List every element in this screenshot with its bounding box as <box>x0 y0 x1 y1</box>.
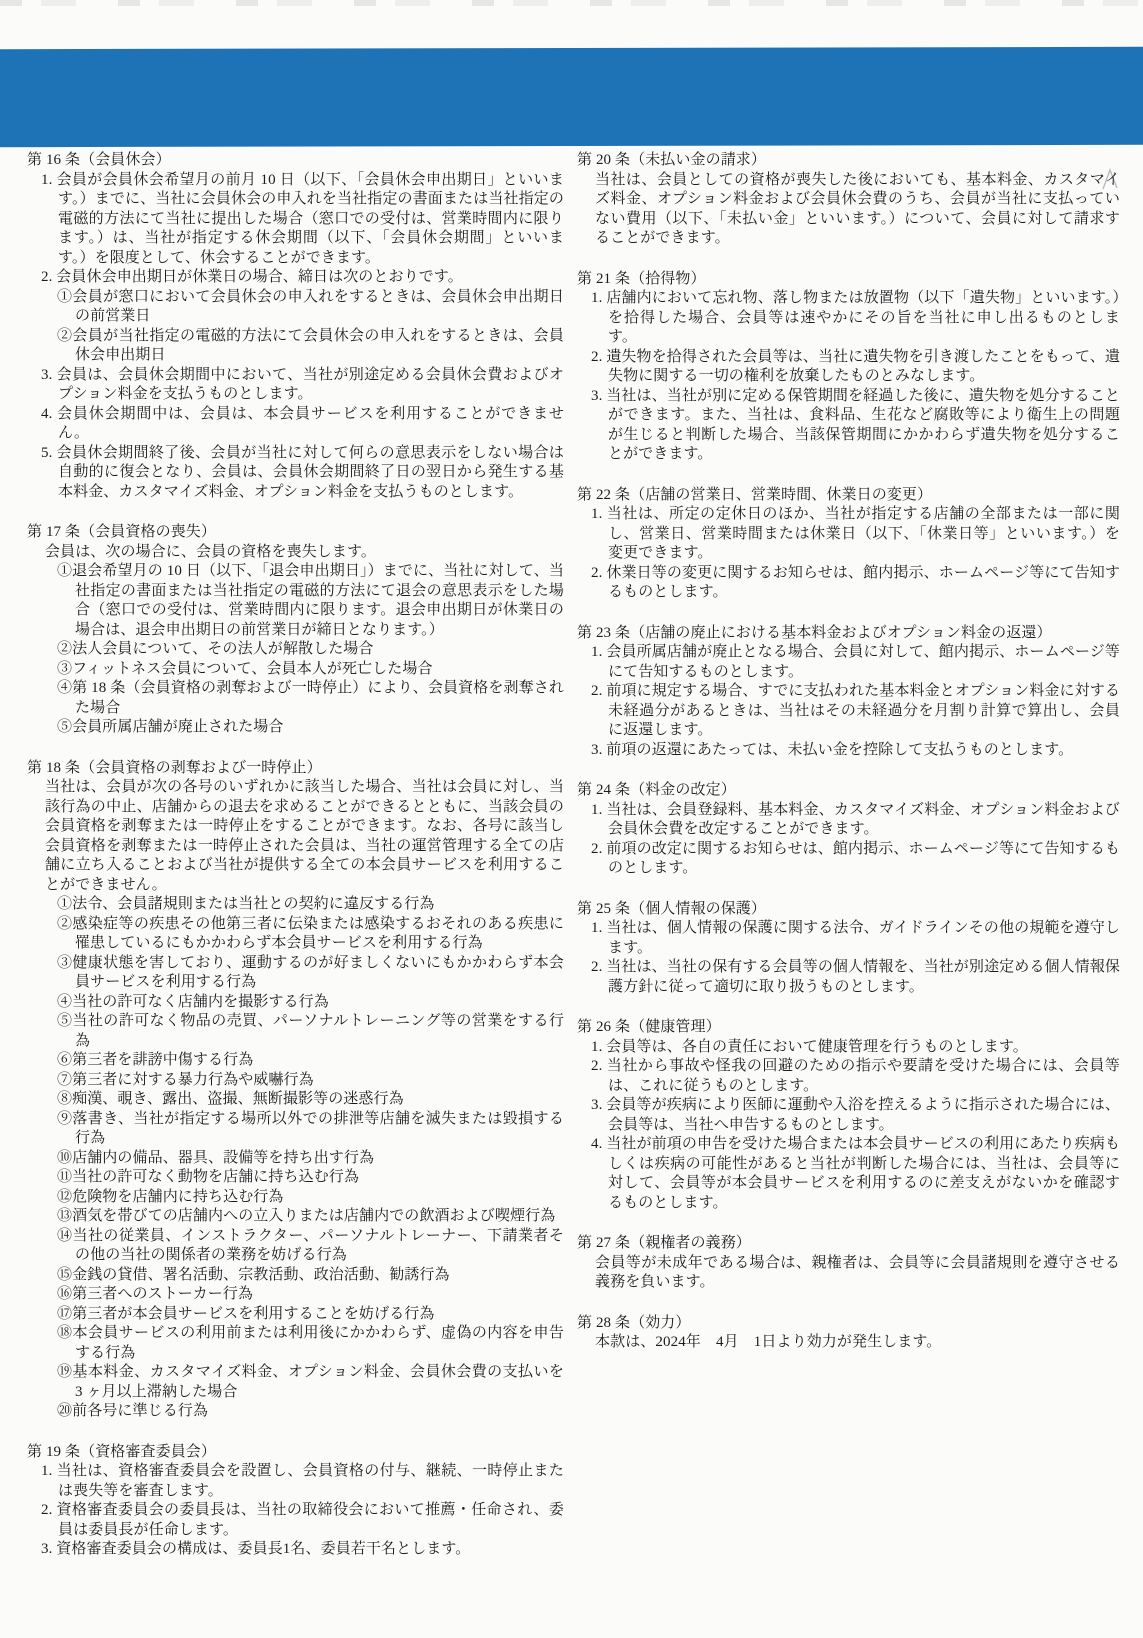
article-heading: 第 16 条（会員休会） <box>27 151 564 171</box>
clause: ③健康状態を害しており、運動するのが好ましくないにもかかわらず本会員サービスを利… <box>27 954 564 993</box>
left-column: 第 16 条（会員休会）1. 会員が会員休会希望月の前月 10 日（以下、「会員… <box>27 151 564 1560</box>
article-heading: 第 23 条（店舗の廃止における基本料金およびオプション料金の返還） <box>577 624 1120 644</box>
article: 第 24 条（料金の改定）1. 当社は、会員登録料、基本料金、カスタマイズ料金、… <box>577 781 1120 879</box>
clause: 当社は、会員としての資格が喪失した後においても、基本料金、カスタマイズ料金、オプ… <box>577 171 1120 249</box>
clause: ②感染症等の疾患その他第三者に伝染または感染するおそれのある疾患に罹患しているに… <box>27 915 564 954</box>
article-heading: 第 26 条（健康管理） <box>577 1018 1120 1038</box>
clause: ⑭当社の従業員、インストラクター、パーソナルトレーナー、下請業者その他の当社の関… <box>27 1227 564 1266</box>
clause: 3. 会員は、会員休会期間中において、当社が別途定める会員休会費およびオプション… <box>27 366 564 405</box>
article: 第 18 条（会員資格の剥奪および一時停止）当社は、会員が次の各号のいずれかに該… <box>27 759 564 1422</box>
clause: ⑱本会員サービスの利用前または利用後にかかわらず、虚偽の内容を申告する行為 <box>27 1324 564 1363</box>
clause: 2. 遺失物を拾得された会員等は、当社に遺失物を引き渡したことをもって、遺失物に… <box>577 348 1120 387</box>
clause: 1. 当社は、所定の定休日のほか、当社が指定する店舗の全部または一部に関し、営業… <box>577 505 1120 564</box>
clause: 2. 当社は、当社の保有する会員等の個人情報を、当社が別途定める個人情報保護方針… <box>577 958 1120 997</box>
clause: ①退会希望月の 10 日（以下、「退会申出期日」）までに、当社に対して、当社指定… <box>27 562 564 640</box>
right-column: 第 20 条（未払い金の請求）当社は、会員としての資格が喪失した後においても、基… <box>577 151 1120 1353</box>
clause: ⑧痴漢、覗き、露出、盗撮、無断撮影等の迷惑行為 <box>27 1090 564 1110</box>
clause: 2. 前項に規定する場合、すでに支払われた基本料金とオプション料金に対する未経過… <box>577 682 1120 741</box>
clause: ⑤会員所属店舗が廃止された場合 <box>27 718 564 738</box>
article-heading: 第 24 条（料金の改定） <box>577 781 1120 801</box>
clause: ⑩店舗内の備品、器具、設備等を持ち出す行為 <box>27 1149 564 1169</box>
clause: ①会員が窓口において会員休会の申入れをするときは、会員休会申出期日の前営業日 <box>27 288 564 327</box>
article-heading: 第 27 条（親権者の義務） <box>577 1234 1120 1254</box>
article-heading: 第 20 条（未払い金の請求） <box>577 151 1120 171</box>
article: 第 20 条（未払い金の請求）当社は、会員としての資格が喪失した後においても、基… <box>577 151 1120 249</box>
clause: 3. 会員等が疾病により医師に運動や入浴を控えるように指示された場合には、会員等… <box>577 1096 1120 1135</box>
clause: ⑪当社の許可なく動物を店舗に持ち込む行為 <box>27 1168 564 1188</box>
clause: 4. 当社が前項の申告を受けた場合または本会員サービスの利用にあたり疾病もしくは… <box>577 1135 1120 1213</box>
article: 第 26 条（健康管理）1. 会員等は、各自の責任において健康管理を行うものとし… <box>577 1018 1120 1213</box>
clause: ⑨落書き、当社が指定する場所以外での排泄等店舗を滅失または毀損する行為 <box>27 1110 564 1149</box>
clause: 会員は、次の場合に、会員の資格を喪失します。 <box>27 543 564 563</box>
clause: 本款は、2024年 4月 1日より効力が発生します。 <box>577 1333 1120 1353</box>
clause: ③フィットネス会員について、会員本人が死亡した場合 <box>27 660 564 680</box>
article-heading: 第 22 条（店舗の営業日、営業時間、休業日の変更） <box>577 486 1120 506</box>
clause: 2. 休業日等の変更に関するお知らせは、館内掲示、ホームページ等にて告知するもの… <box>577 564 1120 603</box>
document-page: 第 16 条（会員休会）1. 会員が会員休会希望月の前月 10 日（以下、「会員… <box>0 0 1143 1638</box>
clause: ⑫危険物を店舗内に持ち込む行為 <box>27 1188 564 1208</box>
article: 第 28 条（効力）本款は、2024年 4月 1日より効力が発生します。 <box>577 1314 1120 1353</box>
article: 第 21 条（拾得物）1. 店舗内において忘れ物、落し物または放置物（以下「遺失… <box>577 270 1120 465</box>
clause: 3. 資格審査委員会の構成は、委員長1名、委員若干名とします。 <box>27 1540 564 1560</box>
clause: ①法令、会員諸規則または当社との契約に違反する行為 <box>27 895 564 915</box>
clause: ②会員が当社指定の電磁的方法にて会員休会の申入れをするときは、会員休会申出期日 <box>27 327 564 366</box>
clause: ②法人会員について、その法人が解散した場合 <box>27 640 564 660</box>
clause: 3. 前項の返還にあたっては、未払い金を控除して支払うものとします。 <box>577 741 1120 761</box>
clause: 4. 会員休会期間中は、会員は、本会員サービスを利用することができません。 <box>27 405 564 444</box>
clause: ④当社の許可なく店舗内を撮影する行為 <box>27 993 564 1013</box>
article-heading: 第 18 条（会員資格の剥奪および一時停止） <box>27 759 564 779</box>
clause: ⑳前各号に準じる行為 <box>27 1402 564 1422</box>
clause: ⑦第三者に対する暴力行為や威嚇行為 <box>27 1071 564 1091</box>
clause: 1. 会員所属店舗が廃止となる場合、会員に対して、館内掲示、ホームページ等にて告… <box>577 643 1120 682</box>
clause: 当社は、会員が次の各号のいずれかに該当した場合、当社は会員に対し、当該行為の中止… <box>27 778 564 895</box>
clause: ④第 18 条（会員資格の剥奪および一時停止）により、会員資格を剥奪された場合 <box>27 679 564 718</box>
clause: 会員等が未成年である場合は、親権者は、会員等に会員諸規則を遵守させる義務を負いま… <box>577 1254 1120 1293</box>
clause: ⑬酒気を帯びての店舗内への立入りまたは店舗内での飲酒および喫煙行為 <box>27 1207 564 1227</box>
clause: ⑤当社の許可なく物品の売買、パーソナルトレーニング等の営業をする行為 <box>27 1012 564 1051</box>
clause: 2. 資格審査委員会の委員長は、当社の取締役会において推薦・任命され、委員は委員… <box>27 1501 564 1540</box>
article-heading: 第 28 条（効力） <box>577 1314 1120 1334</box>
clause: ⑰第三者が本会員サービスを利用することを妨げる行為 <box>27 1305 564 1325</box>
clause: 3. 当社は、当社が別に定める保管期間を経過した後に、遺失物を処分することができ… <box>577 387 1120 465</box>
article: 第 19 条（資格審査委員会）1. 当社は、資格審査委員会を設置し、会員資格の付… <box>27 1443 564 1560</box>
article: 第 16 条（会員休会）1. 会員が会員休会希望月の前月 10 日（以下、「会員… <box>27 151 564 502</box>
clause: 2. 会員休会申出期日が休業日の場合、締日は次のとおりです。 <box>27 268 564 288</box>
article-heading: 第 25 条（個人情報の保護） <box>577 900 1120 920</box>
article-heading: 第 19 条（資格審査委員会） <box>27 1443 564 1463</box>
clause: 5. 会員休会期間終了後、会員が当社に対して何らの意思表示をしない場合は自動的に… <box>27 444 564 503</box>
clause: 1. 店舗内において忘れ物、落し物または放置物（以下「遺失物」といいます。）を拾… <box>577 289 1120 348</box>
article: 第 27 条（親権者の義務）会員等が未成年である場合は、親権者は、会員等に会員諸… <box>577 1234 1120 1293</box>
clause: ⑯第三者へのストーカー行為 <box>27 1285 564 1305</box>
clause: 2. 前項の改定に関するお知らせは、館内掲示、ホームページ等にて告知するものとし… <box>577 840 1120 879</box>
article: 第 23 条（店舗の廃止における基本料金およびオプション料金の返還）1. 会員所… <box>577 624 1120 761</box>
clause: ⑥第三者を誹謗中傷する行為 <box>27 1051 564 1071</box>
article-heading: 第 17 条（会員資格の喪失） <box>27 523 564 543</box>
clause: 1. 当社は、個人情報の保護に関する法令、ガイドラインその他の規範を遵守します。 <box>577 919 1120 958</box>
article-heading: 第 21 条（拾得物） <box>577 270 1120 290</box>
clause: 1. 会員が会員休会希望月の前月 10 日（以下、「会員休会申出期日」といいます… <box>27 171 564 269</box>
scan-artifact-top-edge <box>0 0 1143 6</box>
clause: 1. 当社は、会員登録料、基本料金、カスタマイズ料金、オプション料金および会員休… <box>577 801 1120 840</box>
clause: 1. 会員等は、各自の責任において健康管理を行うものとします。 <box>577 1038 1120 1058</box>
clause: 1. 当社は、資格審査委員会を設置し、会員資格の付与、継続、一時停止または喪失等… <box>27 1462 564 1501</box>
clause: 2. 当社から事故や怪我の回避のための指示や要請を受けた場合には、会員等は、これ… <box>577 1057 1120 1096</box>
article: 第 22 条（店舗の営業日、営業時間、休業日の変更）1. 当社は、所定の定休日の… <box>577 486 1120 603</box>
article: 第 17 条（会員資格の喪失）会員は、次の場合に、会員の資格を喪失します。①退会… <box>27 523 564 738</box>
article: 第 25 条（個人情報の保護）1. 当社は、個人情報の保護に関する法令、ガイドラ… <box>577 900 1120 998</box>
clause: ⑲基本料金、カスタマイズ料金、オプション料金、会員休会費の支払いを 3 ヶ月以上… <box>27 1363 564 1402</box>
header-blue-bar <box>0 47 1143 147</box>
clause: ⑮金銭の貸借、署名活動、宗教活動、政治活動、勧誘行為 <box>27 1266 564 1286</box>
